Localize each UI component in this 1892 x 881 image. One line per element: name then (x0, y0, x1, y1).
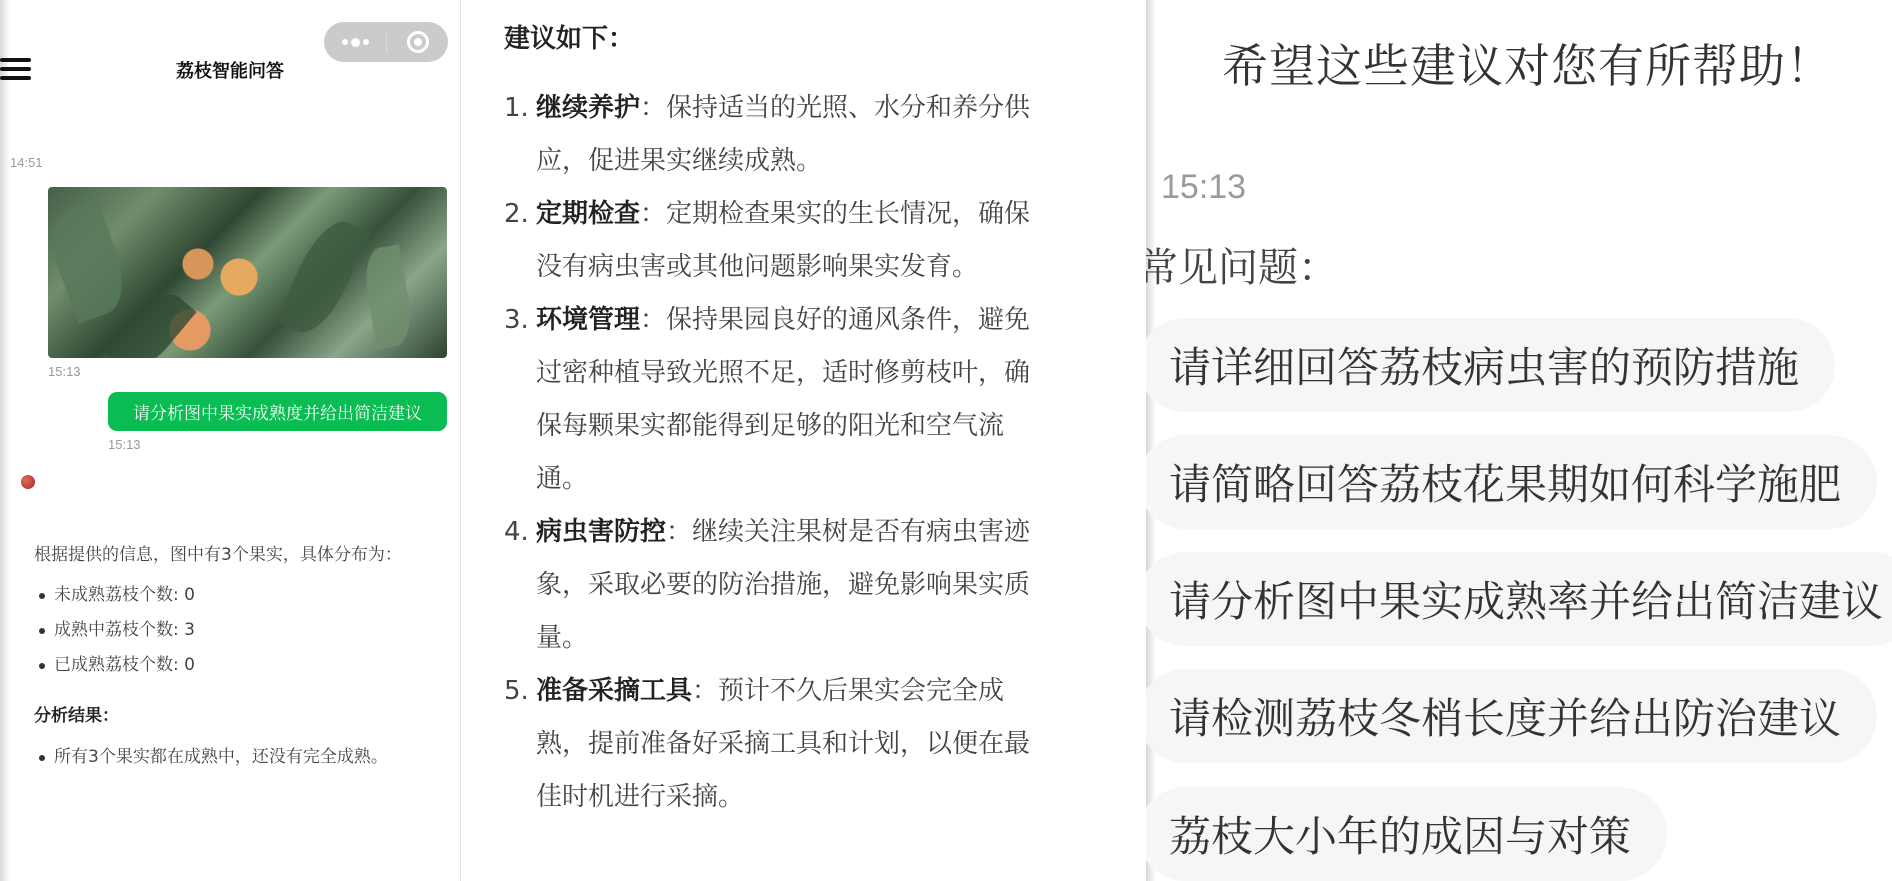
item-title: 准备采摘工具 (536, 676, 692, 706)
closing-text: 希望这些建议对您有所帮助！ (1222, 30, 1833, 96)
faq-title: 常见问题： (1146, 236, 1338, 293)
suggestion-item: 5. 准备采摘工具：预计不久后果实会完全成熟，提前准备好采摘工具和计划，以便在最… (504, 665, 1044, 824)
suggestion-list: 1. 继续养护：保持适当的光照、水分和养分供应，促进果实继续成熟。 2. 定期检… (504, 82, 1044, 824)
faq-chip[interactable]: 请分析图中果实成熟率并给出简洁建议 (1146, 552, 1892, 646)
answer-intro: 根据提供的信息，图中有3个果实，具体分布为： (34, 538, 404, 573)
bot-answer: 根据提供的信息，图中有3个果实，具体分布为： 未成熟荔枝个数: 0 成熟中荔枝个… (34, 538, 404, 775)
list-item: 已成熟荔枝个数: 0 (34, 648, 404, 683)
list-item: 所有3个果实都在成熟中，还没有完全成熟。 (34, 740, 404, 775)
target-circle-icon[interactable] (387, 22, 448, 62)
item-number: 2. (504, 188, 536, 294)
suggestion-item: 4. 病虫害防控：继续关注果树是否有病虫害迹象，采取必要的防治措施，避免影响果实… (504, 506, 1044, 665)
lychee-avatar-icon (21, 475, 35, 489)
faq-panel: 希望这些建议对您有所帮助！ 15:13 常见问题： 请详细回答荔枝病虫害的预防措… (1146, 0, 1892, 881)
message-timestamp: 15:13 (108, 437, 141, 452)
list-item: 成熟中荔枝个数: 3 (34, 613, 404, 648)
timestamp: 14:51 (10, 155, 43, 170)
suggestion-item: 2. 定期检查：定期检查果实的生长情况，确保没有病虫害或其他问题影响果实发育。 (504, 188, 1044, 294)
item-number: 3. (504, 294, 536, 506)
image-timestamp: 15:13 (48, 364, 81, 379)
faq-chip[interactable]: 请检测荔枝冬梢长度并给出防治建议 (1146, 669, 1877, 763)
count-list: 未成熟荔枝个数: 0 成熟中荔枝个数: 3 已成熟荔枝个数: 0 (34, 578, 404, 683)
mini-program-capsule (324, 22, 448, 62)
edge-shadow (0, 0, 10, 881)
faq-chip[interactable]: 请详细回答荔枝病虫害的预防措施 (1146, 318, 1835, 412)
lychee-photo[interactable] (48, 187, 447, 358)
user-message-bubble: 请分析图中果实成熟度并给出简洁建议 (108, 392, 447, 431)
top-bar: 荔枝智能问答 (0, 0, 460, 110)
item-number: 5. (504, 665, 536, 824)
faq-chip[interactable]: 请简略回答荔枝花果期如何科学施肥 (1146, 435, 1877, 529)
item-title: 病虫害防控 (536, 517, 666, 547)
faq-chip[interactable]: 荔枝大小年的成因与对策 (1146, 787, 1667, 881)
item-title: 继续养护 (536, 93, 640, 123)
item-title: 环境管理 (536, 305, 640, 335)
timestamp: 15:13 (1161, 168, 1246, 207)
result-list: 所有3个果实都在成熟中，还没有完全成熟。 (34, 740, 404, 775)
result-heading: 分析结果： (34, 699, 404, 734)
suggestion-item: 3. 环境管理：保持果园良好的通风条件，避免过密种植导致光照不足，适时修剪枝叶，… (504, 294, 1044, 506)
item-number: 4. (504, 506, 536, 665)
suggestions-heading: 建议如下： (504, 18, 634, 55)
suggestions-panel: 建议如下： 1. 继续养护：保持适当的光照、水分和养分供应，促进果实继续成熟。 … (460, 0, 1146, 881)
chat-panel-left: 荔枝智能问答 14:51 15:13 请分析图中果实成熟度并给出简洁建议 15:… (0, 0, 460, 881)
item-number: 1. (504, 82, 536, 188)
suggestion-item: 1. 继续养护：保持适当的光照、水分和养分供应，促进果实继续成熟。 (504, 82, 1044, 188)
more-dots-icon[interactable] (324, 22, 386, 62)
list-item: 未成熟荔枝个数: 0 (34, 578, 404, 613)
item-title: 定期检查 (536, 199, 640, 229)
